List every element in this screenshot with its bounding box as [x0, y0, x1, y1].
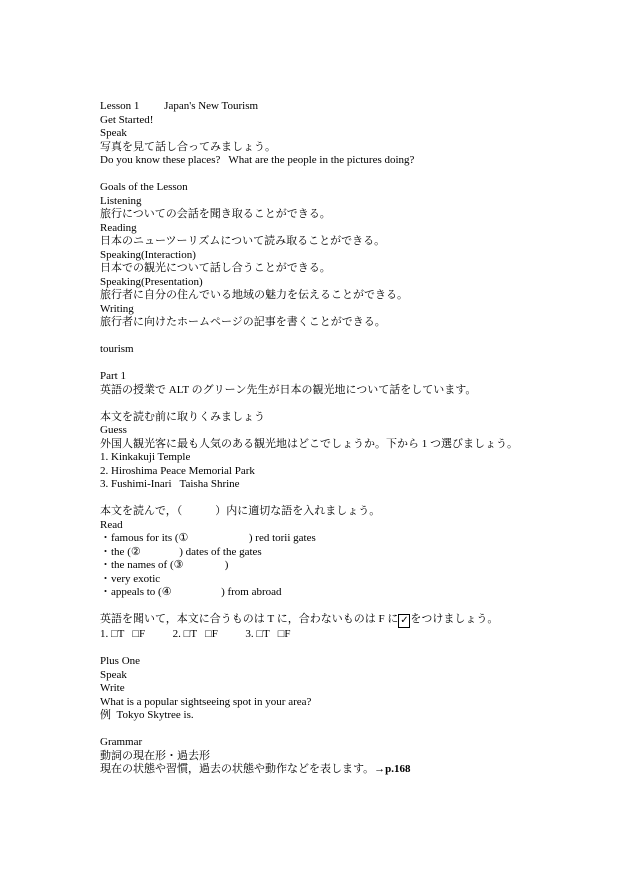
worksheet-document: { "page": { "background": "#ffffff", "te…	[0, 0, 617, 872]
text-line: 1. Kinkakuji Temple	[100, 451, 600, 465]
text-line: 2. Hiroshima Peace Memorial Park	[100, 465, 600, 479]
text-line: tourism	[100, 343, 600, 357]
text-line: 動詞の現在形・過去形	[100, 750, 600, 764]
section-goals: Goals of the LessonListening旅行についての会話を聞き…	[100, 181, 600, 330]
text-line: ・the (② ) dates of the gates	[100, 546, 600, 560]
text-line: Read	[100, 519, 600, 533]
text-line: 本文を読んで，（ ）内に適切な語を入れましょう。	[100, 505, 600, 519]
text-line: 本文を読む前に取りくみましょう	[100, 411, 600, 425]
section-read: 本文を読んで，（ ）内に適切な語を入れましょう。Read・famous for …	[100, 505, 600, 600]
text-line: Do you know these places? What are the p…	[100, 154, 600, 168]
text-line: Writing	[100, 303, 600, 317]
text-line: ・the names of (③ )	[100, 559, 600, 573]
text-line: Guess	[100, 424, 600, 438]
text-line: Lesson 1 Japan's New Tourism	[100, 100, 600, 114]
text-line: Speaking(Presentation)	[100, 276, 600, 290]
text-line: 例 Tokyo Skytree is.	[100, 709, 600, 723]
text-line: 日本のニューツーリズムについて読み取ることができる。	[100, 235, 600, 249]
text-line: Listening	[100, 195, 600, 209]
text-line: Grammar	[100, 736, 600, 750]
text-line: Reading	[100, 222, 600, 236]
worksheet-page: Lesson 1 Japan's New TourismGet Started!…	[100, 100, 600, 790]
section-lesson-header: Lesson 1 Japan's New TourismGet Started!…	[100, 100, 600, 168]
text-line: What is a popular sightseeing spot in yo…	[100, 696, 600, 710]
section-grammar: Grammar動詞の現在形・過去形現在の状態や習慣，過去の状態や動作などを表しま…	[100, 736, 600, 777]
text-line: 現在の状態や習慣，過去の状態や動作などを表します。→p.168	[100, 763, 600, 777]
text-line: ・famous for its (① ) red torii gates	[100, 532, 600, 546]
section-guess: 本文を読む前に取りくみましょうGuess外国人観光客に最も人気のある観光地はどこ…	[100, 411, 600, 492]
text-line: ・very exotic	[100, 573, 600, 587]
page-reference: →p.168	[374, 763, 410, 775]
text-line: 1. □T □F 2. □T □F 3. □T □F	[100, 628, 600, 642]
text-line: Speaking(Interaction)	[100, 249, 600, 263]
checked-checkbox-icon: ✓	[398, 614, 410, 628]
section-part1: Part 1英語の授業で ALT のグリーン先生が日本の観光地について話をしてい…	[100, 370, 600, 397]
section-listening-check: 英語を聞いて，本文に合うものは T に，合わないものは F に✓をつけましょう。…	[100, 613, 600, 642]
section-vocab-tourism: tourism	[100, 343, 600, 357]
text-line: 外国人観光客に最も人気のある観光地はどこでしょうか。下から 1 つ選びましょう。	[100, 438, 600, 452]
section-plus-one: Plus OneSpeakWriteWhat is a popular sigh…	[100, 655, 600, 723]
text-line: Plus One	[100, 655, 600, 669]
text-line: 旅行についての会話を聞き取ることができる。	[100, 208, 600, 222]
text-line: 旅行者に向けたホームページの記事を書くことができる。	[100, 316, 600, 330]
text-line: 写真を見て話し合ってみましょう。	[100, 141, 600, 155]
text-line: 日本での観光について話し合うことができる。	[100, 262, 600, 276]
text-line: 3. Fushimi-Inari Taisha Shrine	[100, 478, 600, 492]
text-line: Speak	[100, 127, 600, 141]
text-line: 英語を聞いて，本文に合うものは T に，合わないものは F に✓をつけましょう。	[100, 613, 600, 628]
text-line: 英語の授業で ALT のグリーン先生が日本の観光地について話をしています。	[100, 384, 600, 398]
text-line: ・appeals to (④ ) from abroad	[100, 586, 600, 600]
text-line: 旅行者に自分の住んでいる地域の魅力を伝えることができる。	[100, 289, 600, 303]
text-line: Get Started!	[100, 114, 600, 128]
text-line: Write	[100, 682, 600, 696]
text-line: Speak	[100, 669, 600, 683]
text-line: Goals of the Lesson	[100, 181, 600, 195]
text-line: Part 1	[100, 370, 600, 384]
